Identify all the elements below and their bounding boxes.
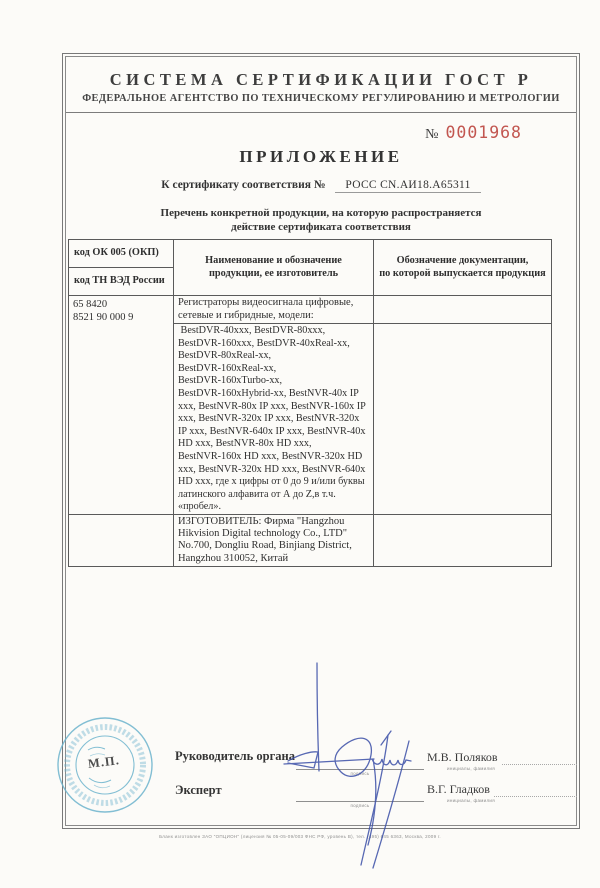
docs-empty-cell-3 [373, 514, 551, 566]
certificate-number: РОСС CN.АИ18.А65311 [335, 179, 480, 193]
expert-name-text: В.Г. Гладков [427, 782, 490, 797]
subtitle-line2: действие сертификата соответствия [66, 220, 576, 234]
head-of-body-name: М.В. Поляков [427, 750, 577, 765]
certificate-label: К сертификату соответствия № [161, 179, 325, 191]
models-cell: BestDVR-40xxx, BestDVR-80xxx, BestDVR-16… [173, 324, 373, 514]
subtitle-line1: Перечень конкретной продукции, на котору… [66, 206, 576, 220]
docs-empty-cell-2 [373, 324, 551, 514]
product-name-cell: Регистраторы видеосигнала цифровые, сете… [173, 296, 373, 324]
manufacturer-cell: ИЗГОТОВИТЕЛЬ: Фирма "Hangzhou Hikvision … [173, 514, 373, 566]
dotted-line [494, 782, 577, 797]
form-number-value: 0001968 [445, 123, 522, 142]
docs-empty-cell-1 [373, 296, 551, 324]
subtitle: Перечень конкретной продукции, на котору… [66, 206, 576, 234]
header-band: СИСТЕМА СЕРТИФИКАЦИИ ГОСТ Р ФЕДЕРАЛЬНОЕ … [66, 57, 576, 113]
head-of-body-name-text: М.В. Поляков [427, 750, 498, 765]
dotted-line [502, 750, 577, 765]
certificate-line: К сертификату соответствия №РОСС CN.АИ18… [66, 179, 576, 193]
agency-title: ФЕДЕРАЛЬНОЕ АГЕНТСТВО ПО ТЕХНИЧЕСКОМУ РЕ… [66, 93, 576, 104]
col-codes-header: код ОК 005 (ОКП) код ТН ВЭД России [69, 240, 173, 296]
system-title: СИСТЕМА СЕРТИФИКАЦИИ ГОСТ Р [66, 70, 576, 90]
codes-empty-cell [69, 514, 173, 566]
tnved-code-header: код ТН ВЭД России [69, 268, 173, 295]
products-table: код ОК 005 (ОКП) код ТН ВЭД России Наиме… [68, 239, 552, 567]
okp-code-header: код ОК 005 (ОКП) [69, 240, 173, 268]
name-caption-2: инициалы, фамилия [447, 798, 495, 803]
name-caption-1: инициалы, фамилия [447, 766, 495, 771]
doc-title: ПРИЛОЖЕНИЕ [66, 147, 576, 167]
number-sign: № [425, 127, 438, 142]
handwritten-signature [270, 655, 430, 870]
form-number: №0001968 [425, 123, 522, 143]
expert-name: В.Г. Гладков [427, 782, 577, 797]
expert-label: Эксперт [175, 783, 222, 798]
col-docs-header: Обозначение документации, по которой вып… [373, 240, 551, 296]
codes-cell: 65 8420 8521 90 000 9 [69, 296, 173, 514]
col-product-header: Наименование и обозначение продукции, ее… [173, 240, 373, 296]
certificate-page: СИСТЕМА СЕРТИФИКАЦИИ ГОСТ Р ФЕДЕРАЛЬНОЕ … [0, 0, 600, 888]
